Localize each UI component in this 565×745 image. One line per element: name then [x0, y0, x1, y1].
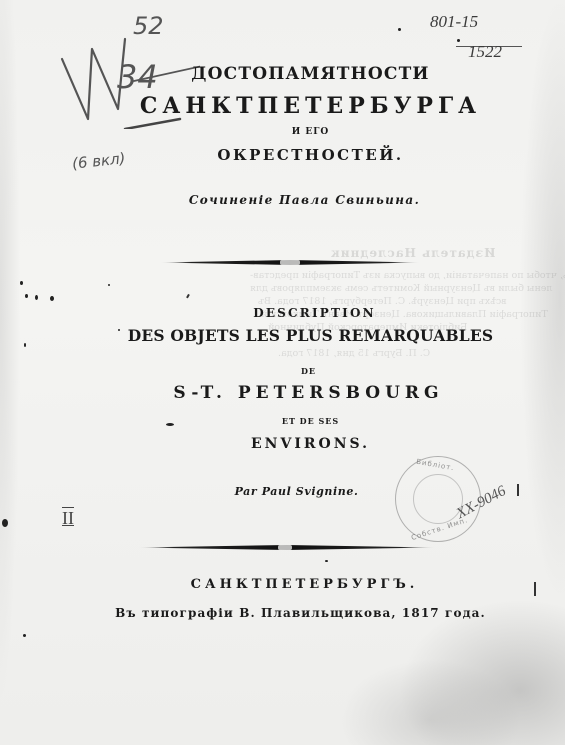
bleed-through-line: съ тѣмъ, чтобы по напечатаніи, до выпуск… [250, 270, 565, 281]
french-title-line-6: ENVIRONS. [28, 436, 565, 452]
french-title-line-1: DESCRIPTION [32, 306, 565, 320]
ink-speck [118, 329, 120, 331]
scanned-title-page: Издатель Наследник съ тѣмъ, чтобы по нап… [0, 0, 565, 745]
ink-speck [108, 284, 110, 286]
russian-title-line-2: САНКТПЕТЕРБУРГА [28, 93, 565, 119]
french-title-line-3: DE [26, 366, 565, 376]
ink-speck [20, 281, 23, 285]
ink-speck [50, 296, 54, 301]
imprint-printer-line: Въ типографіи В. Плавильщикова, 1817 год… [18, 606, 565, 620]
rule-ornament-icon [278, 545, 292, 550]
ink-speck [2, 519, 8, 527]
french-title-line-4: S-T. PETERSBOURG [26, 383, 565, 403]
ink-speck [35, 295, 38, 300]
imprint-city: САНКТПЕТЕРБУРГЪ. [22, 577, 565, 592]
ink-speck [25, 294, 28, 298]
ink-speck [24, 343, 26, 347]
bleed-through-line: С. П. Бургъ 15 дня, 1817 года. [278, 348, 430, 359]
russian-title-line-3: И ЕГО [28, 127, 565, 137]
ink-speck [325, 560, 328, 562]
volume-numeral-handwritten: II [62, 508, 74, 529]
russian-title-line-4: ОКРЕСТНОСТЕЙ. [28, 146, 565, 164]
bleed-through-heading: Издатель Наследник [330, 246, 496, 260]
russian-author-line: Сочиненіе Павла Свиньина. [22, 193, 565, 207]
french-title-line-2: DES OBJETS LES PLUS REMARQUABLES [28, 326, 565, 345]
russian-title-line-1: ДОСТОПАМЯТНОСТИ [28, 64, 565, 84]
french-title-line-5: ET DE SES [28, 416, 565, 426]
pen-mark [517, 484, 519, 496]
pen-mark [534, 582, 536, 596]
ink-speck [398, 28, 401, 31]
shelf-mark-bottom: 1522 [468, 42, 502, 62]
rule-ornament-icon [280, 260, 300, 265]
ink-speck [23, 634, 26, 637]
bleed-through-line: лены были въ Цензурный Комитетъ семь экз… [250, 283, 552, 294]
ink-speck [166, 423, 174, 426]
inventory-numerator: 52 [133, 12, 164, 40]
stamp-top-text: Библіот. [416, 458, 455, 473]
pen-mark [186, 294, 189, 298]
stamp-inner-ring [413, 474, 463, 524]
shelf-mark-top: 801-15 [430, 12, 478, 32]
ink-speck [457, 39, 460, 42]
